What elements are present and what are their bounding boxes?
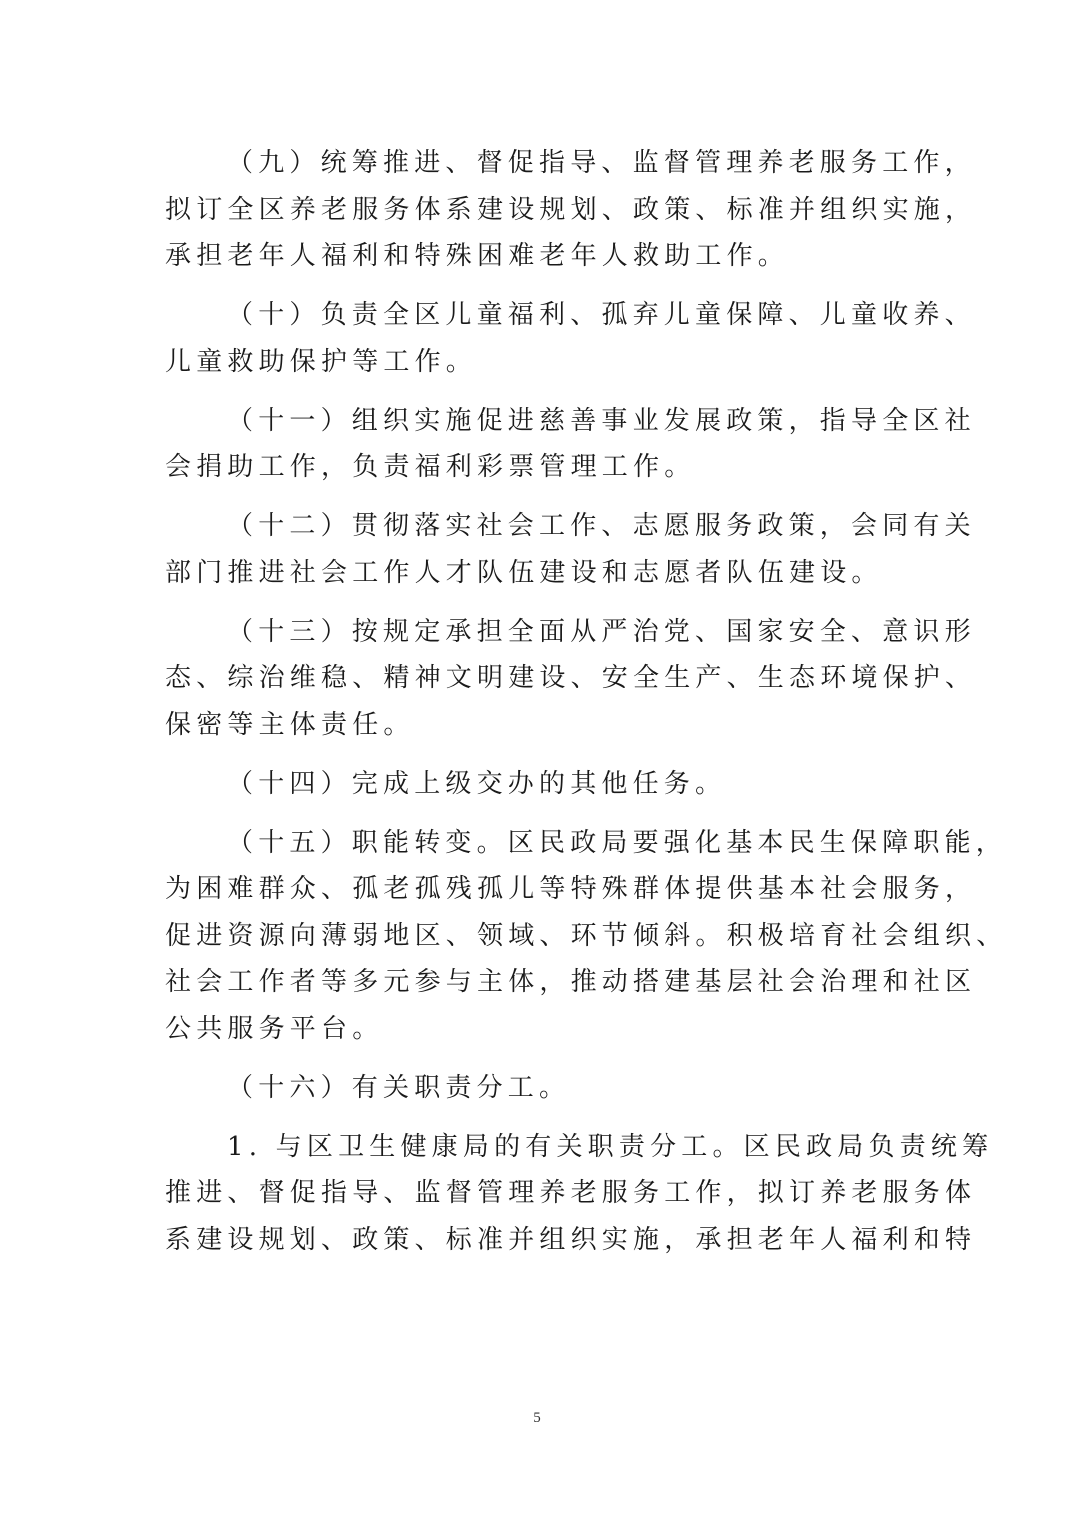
- text-line: （十）负责全区儿童福利、孤弃儿童保障、儿童收养、: [165, 292, 913, 339]
- paragraph-item-11: （十一）组织实施促进慈善事业发展政策，指导全区社 会捐助工作，负责福利彩票管理工…: [165, 398, 913, 491]
- document-body: （九）统筹推进、督促指导、监督管理养老服务工作， 拟订全区养老服务体系建设规划、…: [165, 140, 913, 1276]
- text-line: （十三）按规定承担全面从严治党、国家安全、意识形: [165, 609, 913, 656]
- text-line: 承担老年人福利和特殊困难老年人救助工作。: [165, 233, 913, 280]
- text-line: 态、综治维稳、精神文明建设、安全生产、生态环境保护、: [165, 655, 913, 702]
- text-line: 为困难群众、孤老孤残孤儿等特殊群体提供基本社会服务，: [165, 866, 913, 913]
- text-line: 拟订全区养老服务体系建设规划、政策、标准并组织实施，: [165, 187, 913, 234]
- text-line: 部门推进社会工作人才队伍建设和志愿者队伍建设。: [165, 550, 913, 597]
- text-line: 社会工作者等多元参与主体，推动搭建基层社会治理和社区: [165, 959, 913, 1006]
- text-line: 会捐助工作，负责福利彩票管理工作。: [165, 444, 913, 491]
- text-line: （十一）组织实施促进慈善事业发展政策，指导全区社: [165, 398, 913, 445]
- text-line: 儿童救助保护等工作。: [165, 339, 913, 386]
- text-line: 系建设规划、政策、标准并组织实施，承担老年人福利和特: [165, 1217, 913, 1264]
- paragraph-item-16: （十六）有关职责分工。: [165, 1065, 913, 1112]
- paragraph-item-13: （十三）按规定承担全面从严治党、国家安全、意识形 态、综治维稳、精神文明建设、安…: [165, 609, 913, 749]
- text-line: 保密等主体责任。: [165, 702, 913, 749]
- text-line: （十六）有关职责分工。: [165, 1065, 913, 1112]
- text-line: 1. 与区卫生健康局的有关职责分工。区民政局负责统筹: [165, 1124, 913, 1171]
- page-number: 5: [0, 1410, 1074, 1427]
- paragraph-item-15: （十五）职能转变。区民政局要强化基本民生保障职能， 为困难群众、孤老孤残孤儿等特…: [165, 820, 913, 1053]
- text-line: 促进资源向薄弱地区、领域、环节倾斜。积极培育社会组织、: [165, 913, 913, 960]
- document-page: （九）统筹推进、督促指导、监督管理养老服务工作， 拟订全区养老服务体系建设规划、…: [0, 0, 1074, 1520]
- text-line: （十五）职能转变。区民政局要强化基本民生保障职能，: [165, 820, 913, 867]
- paragraph-item-14: （十四）完成上级交办的其他任务。: [165, 761, 913, 808]
- text-line: （十二）贯彻落实社会工作、志愿服务政策，会同有关: [165, 503, 913, 550]
- text-line: （九）统筹推进、督促指导、监督管理养老服务工作，: [165, 140, 913, 187]
- text-line: （十四）完成上级交办的其他任务。: [165, 761, 913, 808]
- paragraph-item-12: （十二）贯彻落实社会工作、志愿服务政策，会同有关 部门推进社会工作人才队伍建设和…: [165, 503, 913, 596]
- paragraph-item-9: （九）统筹推进、督促指导、监督管理养老服务工作， 拟订全区养老服务体系建设规划、…: [165, 140, 913, 280]
- text-line: 公共服务平台。: [165, 1006, 913, 1053]
- paragraph-item-10: （十）负责全区儿童福利、孤弃儿童保障、儿童收养、 儿童救助保护等工作。: [165, 292, 913, 385]
- paragraph-item-16-1: 1. 与区卫生健康局的有关职责分工。区民政局负责统筹 推进、督促指导、监督管理养…: [165, 1124, 913, 1264]
- text-line: 推进、督促指导、监督管理养老服务工作，拟订养老服务体: [165, 1170, 913, 1217]
